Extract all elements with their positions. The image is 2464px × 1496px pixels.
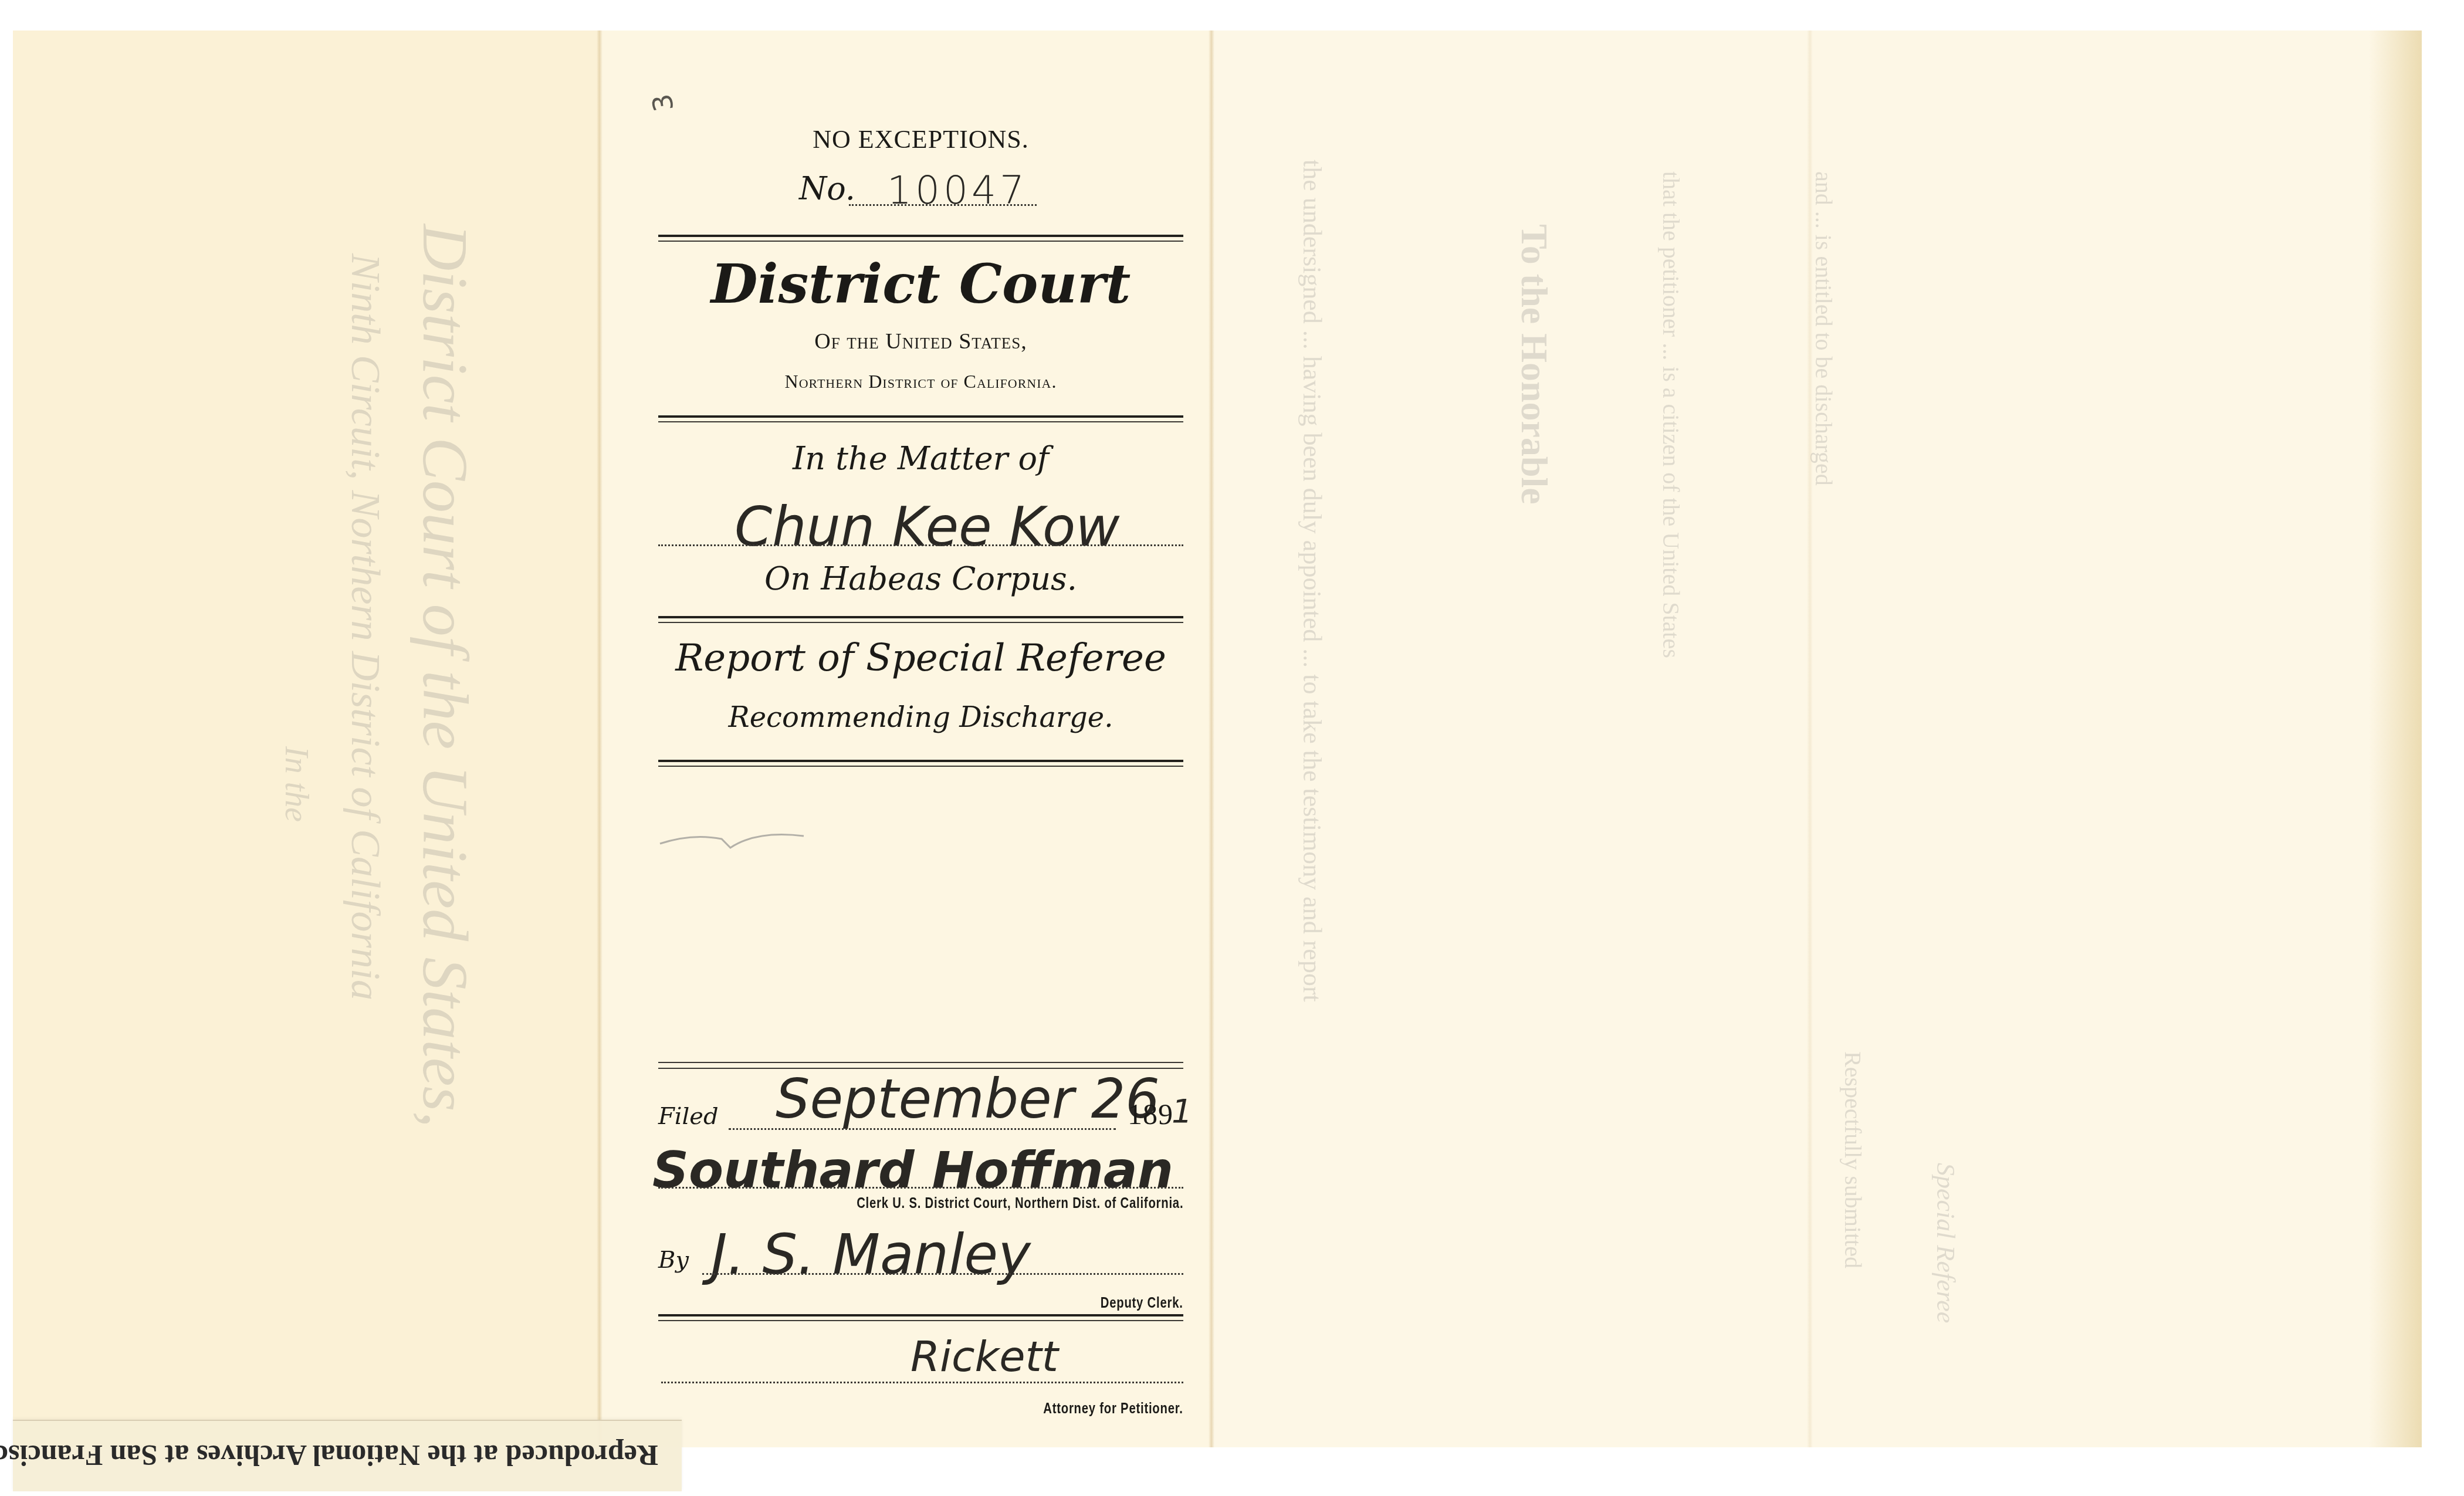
clerk-signature: Southard Hoffman: [652, 1141, 1173, 1200]
double-rule: [658, 1314, 1183, 1316]
fold-line: [1209, 31, 1214, 1447]
double-rule: [658, 760, 1183, 762]
dotted-line: [661, 1382, 1183, 1383]
ghost-heading: To the Honorable: [1512, 224, 1556, 505]
deputy-caption: Deputy Clerk.: [1101, 1294, 1183, 1312]
pencil-wavy-line: [657, 821, 810, 857]
party-name-handwritten: Chun Kee Kow: [735, 496, 1120, 559]
double-rule: [658, 421, 1183, 422]
dotted-line: [729, 1128, 1116, 1130]
double-rule: [658, 616, 1183, 618]
double-rule: [658, 1320, 1183, 1321]
proceeding-type: On Habeas Corpus.: [658, 560, 1183, 597]
dotted-line: [849, 204, 1037, 206]
by-label: By: [658, 1247, 689, 1274]
ghost-text-line: Ninth Circuit, Northern District of Cali…: [341, 253, 388, 1000]
ghost-text-line: In the: [277, 746, 315, 822]
double-rule: [658, 622, 1183, 623]
filed-date-handwritten: September 26: [776, 1068, 1160, 1131]
ghost-text-line: District Court of the United States,: [408, 224, 482, 1128]
filed-label: Filed: [658, 1103, 719, 1130]
matter-intro: In the Matter of: [658, 440, 1183, 477]
court-district: Northern District of California.: [658, 371, 1183, 392]
filed-year-printed: 189: [1128, 1097, 1173, 1131]
double-rule: [658, 766, 1183, 767]
deputy-signature: J. S. Manley: [711, 1223, 1031, 1287]
clerk-caption: Clerk U. S. District Court, Northern Dis…: [857, 1194, 1183, 1212]
archive-label: Reproduced at the National Archives at S…: [48, 1439, 658, 1473]
ghost-text-line: the undersigned ... having been duly app…: [1297, 160, 1327, 1002]
report-subtitle: Recommending Discharge.: [658, 701, 1183, 734]
dotted-line: [702, 1273, 1183, 1275]
case-number-value: 10047: [887, 168, 1028, 213]
double-rule: [658, 415, 1183, 418]
filed-year-handwritten: 1: [1172, 1092, 1193, 1131]
dotted-line: [658, 544, 1183, 546]
double-rule: [658, 241, 1183, 242]
no-exceptions-header: NO EXCEPTIONS.: [658, 124, 1183, 154]
dotted-line: [658, 1187, 1183, 1189]
ghost-text-line: Special Referee: [1931, 1163, 1961, 1323]
ghost-text-line: Respectfully submitted: [1839, 1051, 1867, 1268]
ghost-text-line: that the petitioner ... is a citizen of …: [1657, 171, 1685, 658]
double-rule: [658, 1062, 1183, 1063]
attorney-signature: Rickett: [911, 1332, 1058, 1381]
fold-line: [597, 31, 603, 1447]
double-rule: [658, 235, 1183, 237]
case-number-field: No. 10047: [799, 170, 1069, 217]
report-title: Report of Special Referee: [658, 637, 1183, 680]
document-sheet: District Court of the United States, Nin…: [13, 31, 2422, 1447]
court-subtitle: Of the United States,: [658, 329, 1183, 354]
archive-label-strip: Reproduced at the National Archives at S…: [13, 1420, 682, 1491]
court-title: District Court: [658, 252, 1183, 316]
ghost-text-line: and ... is entitled to be discharged: [1810, 171, 1837, 486]
left-panel: [13, 31, 600, 1447]
case-number-label: No.: [799, 170, 855, 207]
attorney-caption: Attorney for Petitioner.: [1044, 1399, 1183, 1417]
